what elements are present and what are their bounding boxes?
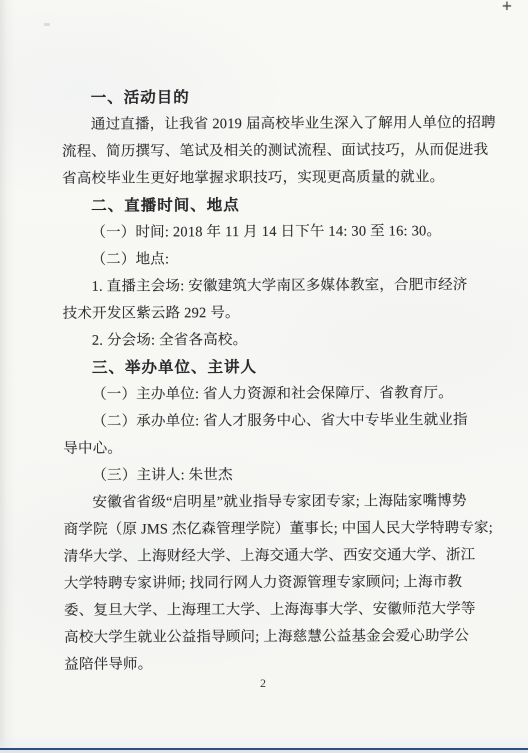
viewer-bottom-edge [0,748,528,753]
text-line: 三、举办单位、主讲人 [0,353,528,382]
text-line: （二）地点: [0,245,528,274]
text-line: 大学特聘专家讲师; 找同行网人力资源管理专家顾问; 上海市教 [1,569,528,598]
text-line: （二）承办单位: 省人才服务中心、省大中专毕业生就业指 [0,407,528,436]
text-line: （一）时间: 2018 年 11 月 14 日下午 14: 30 至 16: 3… [0,218,527,247]
registration-mark-icon: + [499,0,515,15]
scan-smudge [44,23,50,26]
text-line: 益陪伴导师。 [1,650,528,679]
scan-falloff [0,734,528,748]
text-line: 导中心。 [0,434,528,463]
text-line: 安徽省省级“启明星”就业指导专家团专家; 上海陆家嘴博势 [0,488,528,517]
text-line: 商学院（原 JMS 杰亿森管理学院）董事长; 中国人民大学特聘专家; [1,515,528,544]
document-lines: 一、活动目的通过直播，让我省 2019 届高校毕业生深入了解用人单位的招聘流程、… [0,83,528,679]
text-line: 清华大学、上海财经大学、上海交通大学、西安交通大学、浙江 [1,542,528,571]
text-line: 1. 直播主会场: 安徽建筑大学南区多媒体教室，合肥市经济 [0,272,528,301]
text-line: 一、活动目的 [0,83,527,112]
page-number: 2 [63,676,463,691]
text-line: 省高校毕业生更好地掌握求职技巧，实现更高质量的就业。 [0,164,527,193]
text-line: 二、直播时间、地点 [0,191,527,220]
scanned-document-page: { "document": { "language": "zh-CN", "li… [0,0,528,753]
text-line: （一）主办单位: 省人力资源和社会保障厅、省教育厅。 [0,380,528,409]
text-line: 2. 分会场: 全省各高校。 [0,326,528,355]
text-line: 流程、简历撰写、笔试及相关的测试流程、面试技巧，从而促进我 [0,137,527,166]
text-line: 技术开发区紫云路 292 号。 [0,299,528,328]
text-line: 通过直播，让我省 2019 届高校毕业生深入了解用人单位的招聘 [0,110,527,139]
text-line: 高校大学生就业公益指导顾问; 上海慈慧公益基金会爱心助学公 [1,623,528,652]
text-line: （三）主讲人: 朱世杰 [0,461,528,490]
text-line: 委、复旦大学、上海理工大学、上海海事大学、安徽师范大学等 [1,596,528,625]
